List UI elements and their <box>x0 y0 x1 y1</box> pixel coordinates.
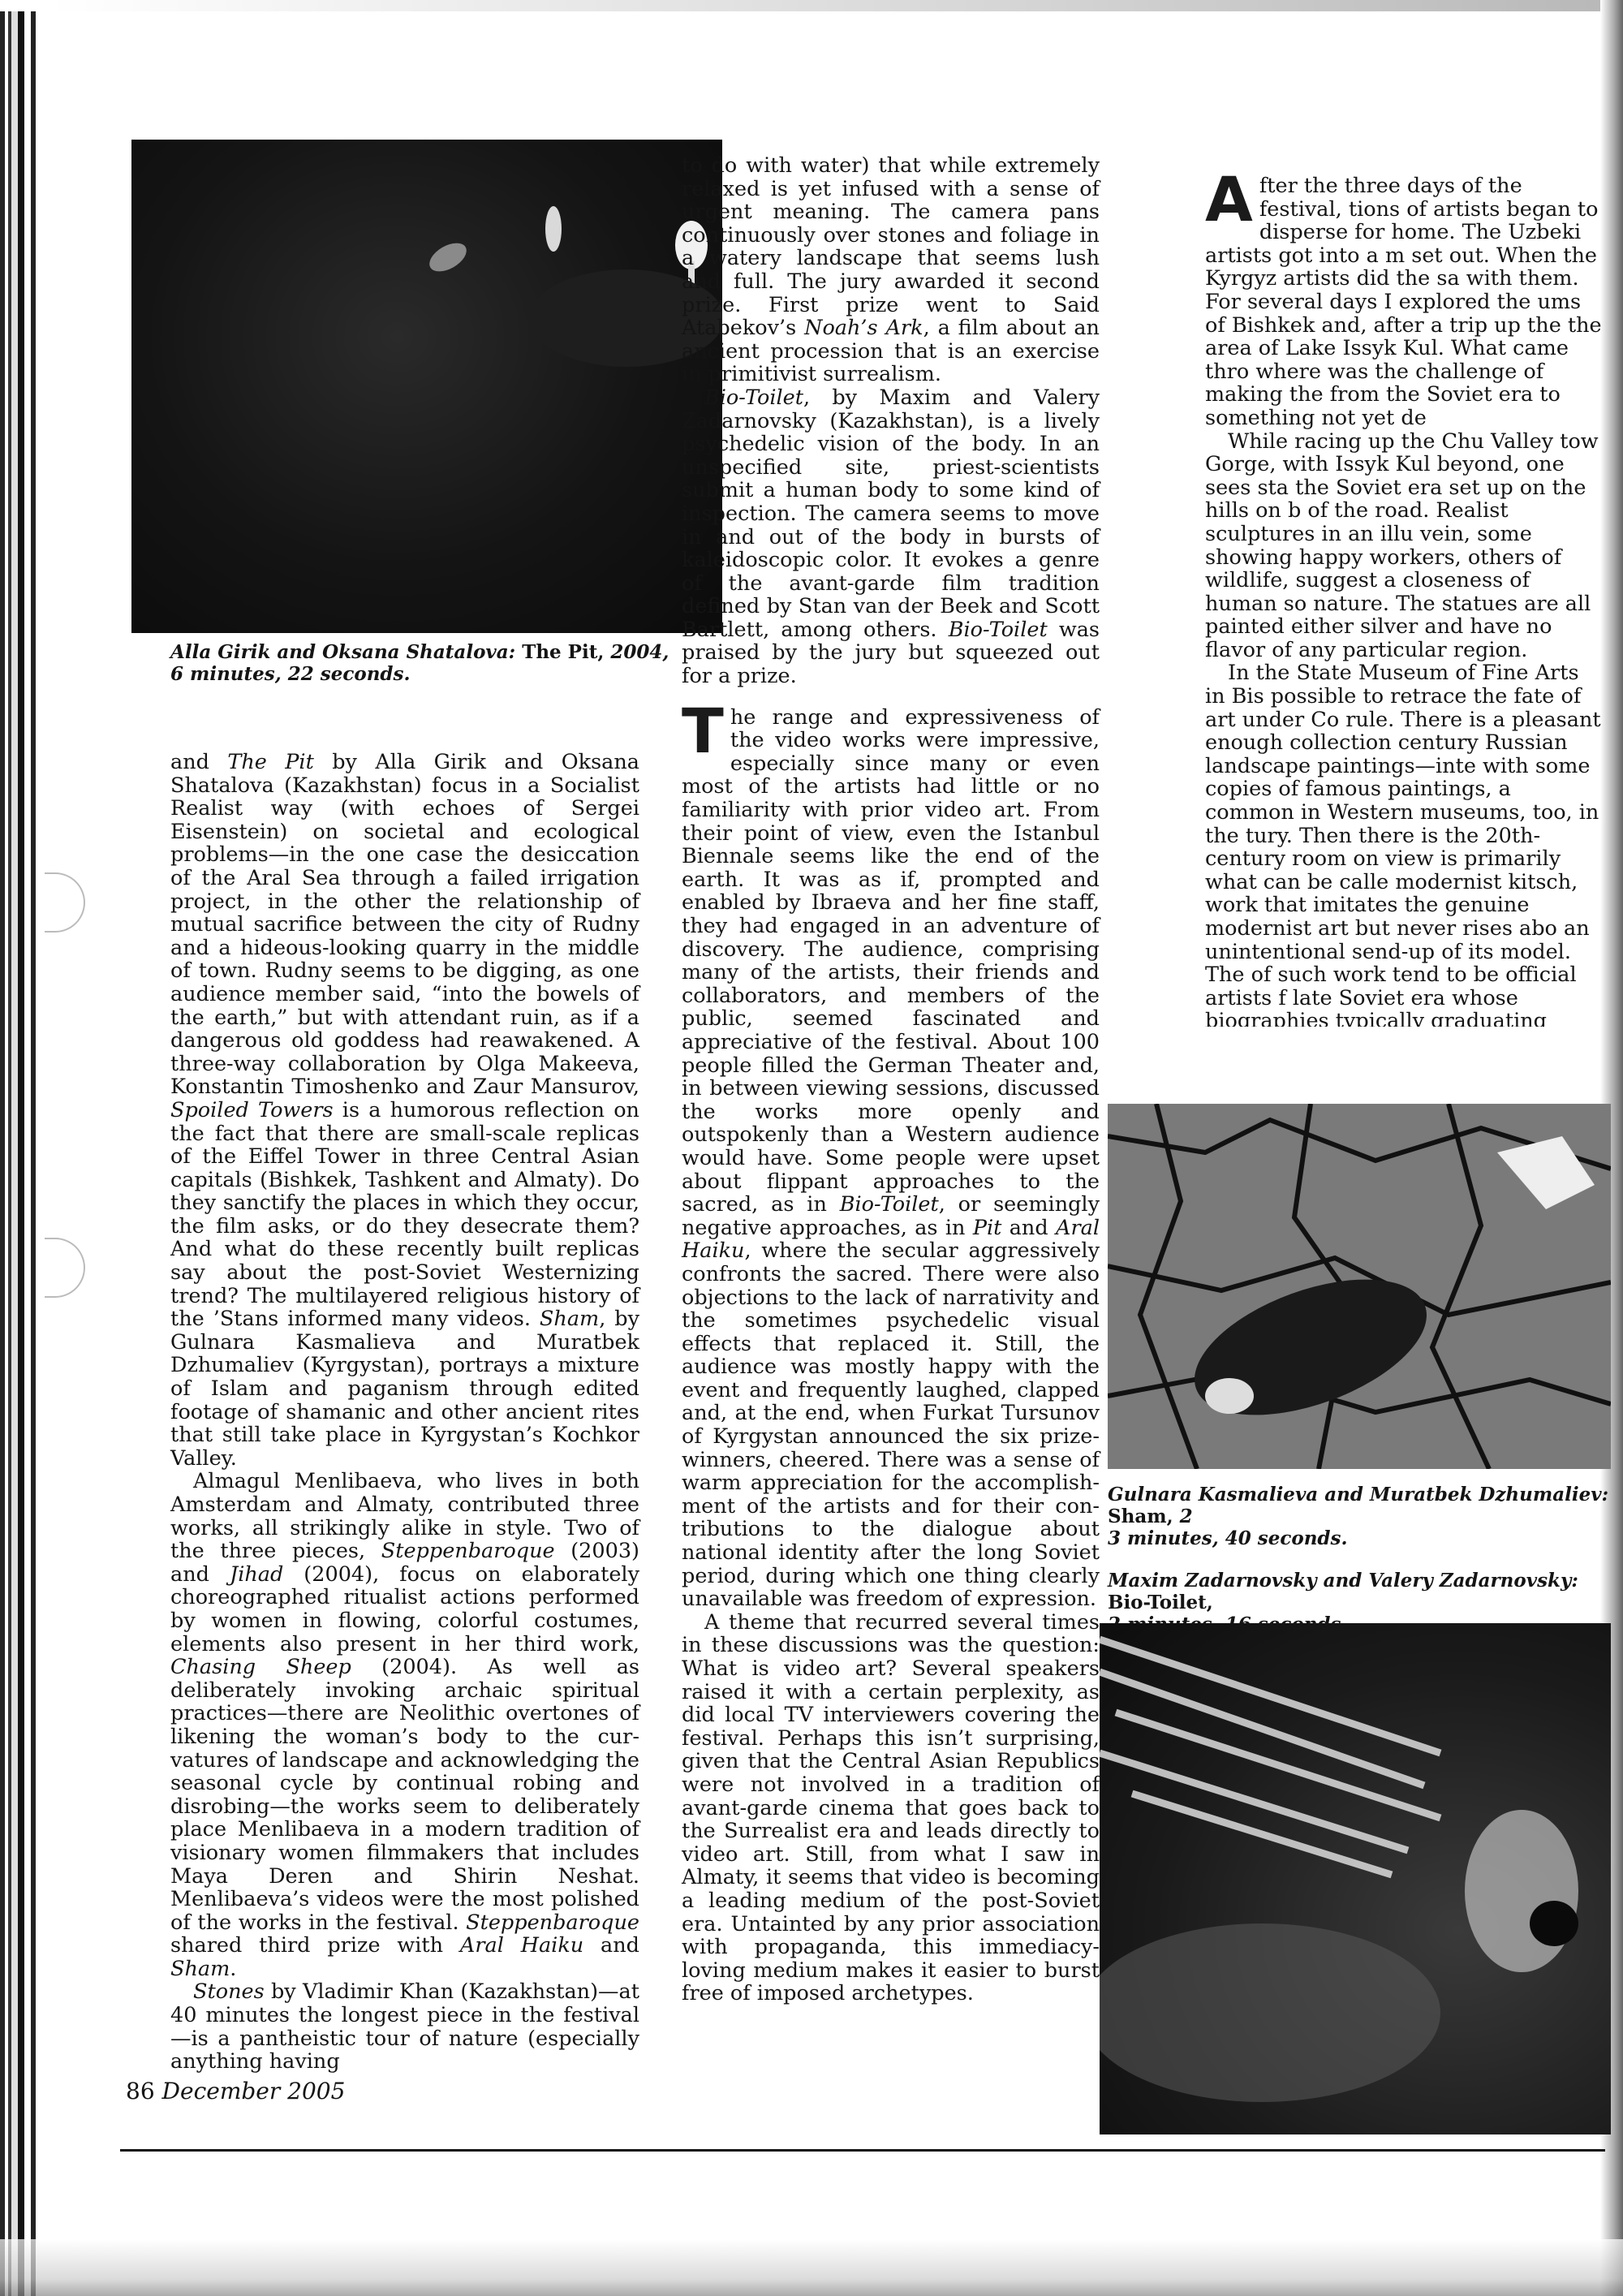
bio-toilet-image <box>1100 1623 1611 2134</box>
page-number: 86 <box>126 2078 155 2104</box>
paragraph: In the State Museum of Fine Arts in Bis … <box>1205 661 1603 1027</box>
sham-image <box>1108 1104 1611 1469</box>
paragraph: and The Pit by Alla Girik and Oksana Sha… <box>170 751 639 1470</box>
caption-the-pit: Alla Girik and Oksana Shatalova: The Pit… <box>170 641 698 685</box>
paragraph: Stones by Vladimir Khan (Kazakhstan)—at … <box>170 1980 639 2073</box>
issue-date: December 2005 <box>162 2078 346 2104</box>
binding-strip <box>0 11 45 2296</box>
paragraph: Almagul Menlibaeva, who lives in both Am… <box>170 1470 639 1980</box>
paragraph: Bio-Toilet, by Maxim and Valery Zadar­no… <box>682 386 1100 688</box>
punch-hole <box>45 1238 85 1298</box>
footer-rule <box>120 2149 1605 2152</box>
drop-cap: T <box>682 708 724 755</box>
photo-the-pit <box>131 140 722 633</box>
the-pit-image <box>131 140 722 633</box>
photo-bio-toilet <box>1100 1623 1611 2134</box>
article-column-3: After the three days of the festival, ti… <box>1205 174 1603 1027</box>
article-column-2: to do with water) that while extremely r… <box>682 154 1100 2005</box>
scan-top-edge <box>49 0 1623 11</box>
paragraph: The range and expressiveness of the vide… <box>682 706 1100 1611</box>
caption-sham: Gulnara Kasmalieva and Muratbek Dzhumali… <box>1108 1484 1611 1549</box>
scan-bottom-edge <box>0 2239 1623 2296</box>
photo-sham <box>1108 1104 1611 1469</box>
punch-hole <box>45 872 85 933</box>
paragraph: After the three days of the festival, ti… <box>1205 174 1603 430</box>
drop-cap: A <box>1205 176 1253 223</box>
article-column-1: and The Pit by Alla Girik and Oksana Sha… <box>170 751 639 2074</box>
page-footer: 86 December 2005 <box>126 2078 345 2104</box>
paragraph: to do with water) that while extremely r… <box>682 154 1100 386</box>
paragraph: A theme that recurred several times in t… <box>682 1611 1100 2005</box>
paragraph: While racing up the Chu Valley tow Gorge… <box>1205 430 1603 662</box>
